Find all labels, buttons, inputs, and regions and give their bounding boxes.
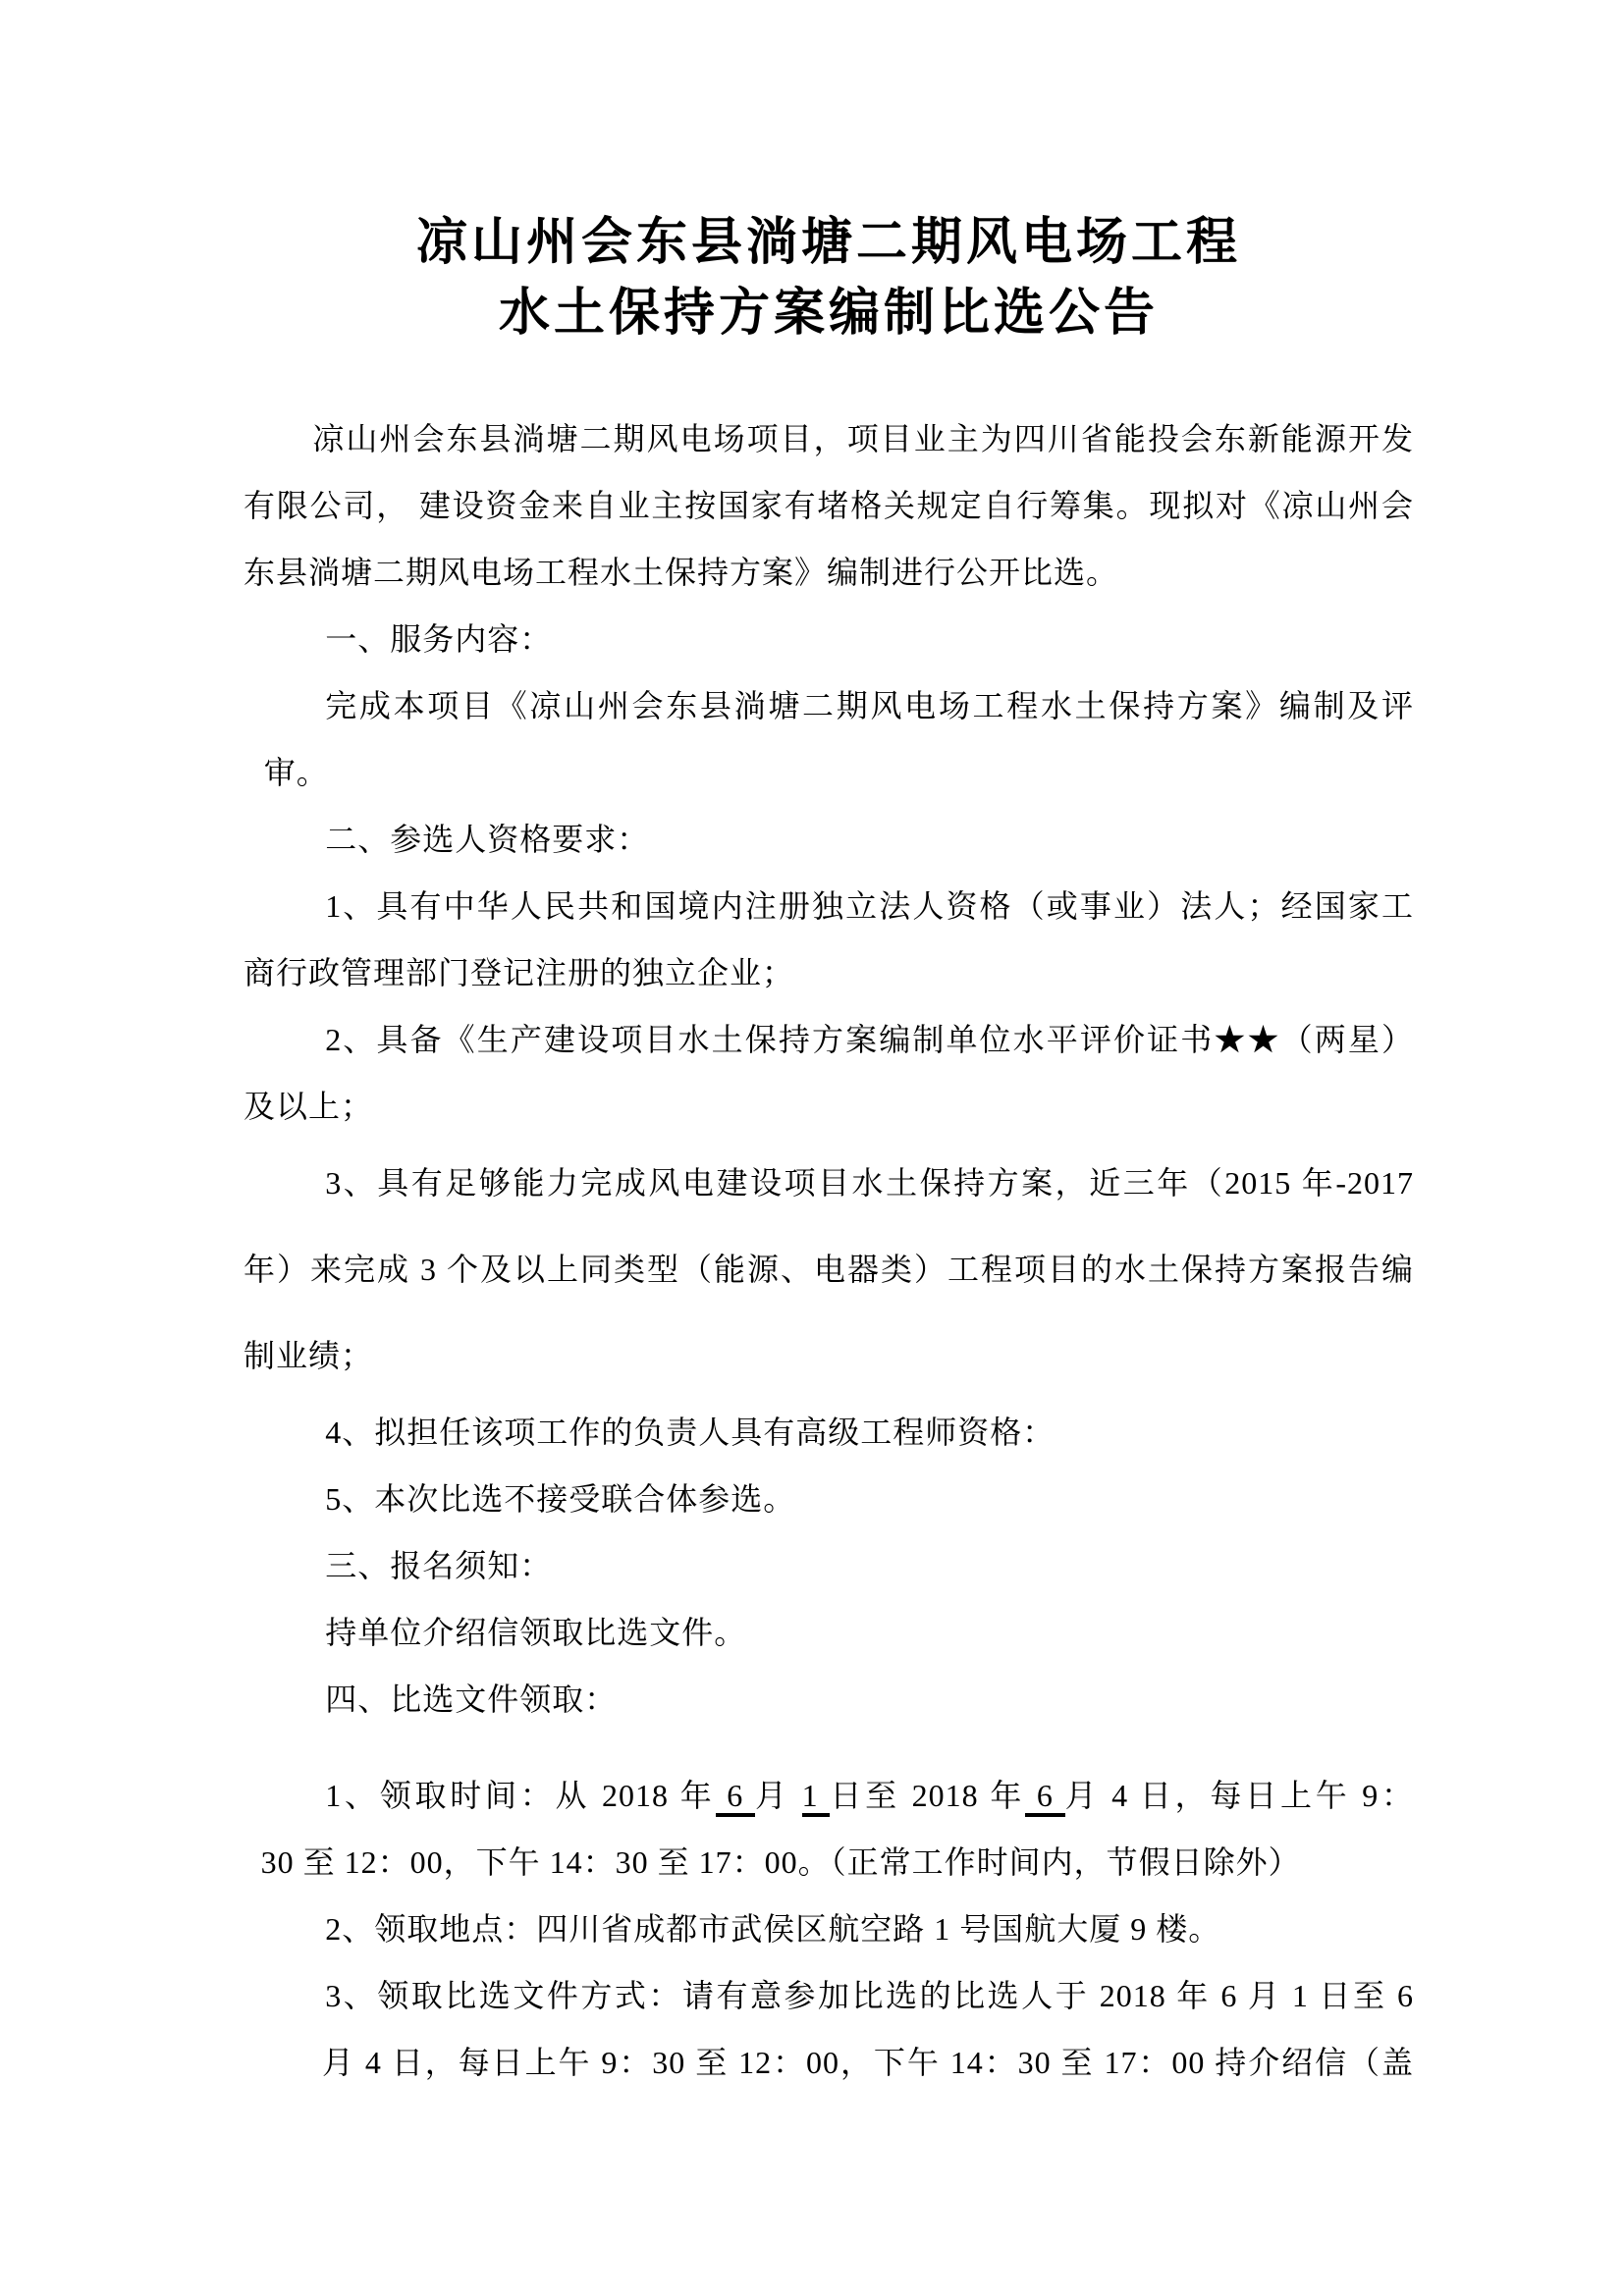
section2-item4: 4、拟担任该项工作的负责人具有高级工程师资格： — [244, 1399, 1414, 1466]
title-line-1: 凉山州会东县淌塘二期风电场工程 — [244, 208, 1414, 279]
section4-item1-line-2: 30 至 12：00，下午 14：30 至 17：00。（正常工作时间内，节假日… — [244, 1829, 1414, 1896]
section4-item3-line-2: 月 4 日，每日上午 9：30 至 12：00，下午 14：30 至 17：00… — [244, 2029, 1414, 2096]
section2-item1-line-1: 1、具有中华人民共和国境内注册独立法人资格（或事业）法人；经国家工 — [244, 873, 1414, 939]
document-content: 凉山州会东县淌塘二期风电场工程 水土保持方案编制比选公告 凉山州会东县淌塘二期风… — [244, 208, 1414, 2096]
section4-heading: 四、比选文件领取： — [244, 1666, 1414, 1733]
section2-item3-line-3: 制业绩； — [244, 1312, 1414, 1399]
section1-heading: 一、服务内容： — [244, 606, 1414, 672]
item1-seg-3: 月 — [755, 1778, 802, 1813]
intro-line-2: 有限公司， 建设资金来自业主按国家有堵格关规定自行筹集。现拟对《凉山州会 — [244, 472, 1414, 539]
section4-item1-line-1: 1、领取时间：从 2018 年 6 月 1 日至 2018 年 6 月 4 日，… — [244, 1762, 1414, 1829]
section2-item2-line-2: 及以上； — [244, 1073, 1414, 1140]
section2-item3-line-2: 年）来完成 3 个及以上同类型（能源、电器类）工程项目的水土保持方案报告编 — [244, 1226, 1414, 1312]
section2-item5: 5、本次比选不接受联合体参选。 — [244, 1466, 1414, 1532]
item1-seg-1: 1、领取时间：从 2018 年 — [325, 1778, 715, 1813]
section3-heading: 三、报名须知： — [244, 1532, 1414, 1599]
item1-underlined-day-1: 1 — [802, 1778, 831, 1817]
section4-item2: 2、领取地点：四川省成都市武侯区航空路 1 号国航大厦 9 楼。 — [244, 1896, 1414, 1962]
section2-item3-line-1: 3、具有足够能力完成风电建设项目水土保持方案，近三年（2015 年-2017 — [244, 1140, 1414, 1226]
item1-underlined-month-1: 6 — [716, 1778, 756, 1817]
section4-item3-line-1: 3、领取比选文件方式：请有意参加比选的比选人于 2018 年 6 月 1 日至 … — [244, 1962, 1414, 2029]
intro-line-1: 凉山州会东县淌塘二期风电场项目，项目业主为四川省能投会东新能源开发 — [244, 405, 1414, 472]
section2-item2-line-1: 2、具备《生产建设项目水土保持方案编制单位水平评价证书★★（两星） — [244, 1006, 1414, 1073]
section1-body-line-1: 完成本项目《凉山州会东县淌塘二期风电场工程水土保持方案》编制及评 — [244, 672, 1414, 739]
intro-line-3: 东县淌塘二期风电场工程水土保持方案》编制进行公开比选。 — [244, 539, 1414, 606]
item1-seg-7: 月 4 日，每日上午 9： — [1065, 1778, 1414, 1813]
section3-body: 持单位介绍信领取比选文件。 — [244, 1599, 1414, 1666]
item1-seg-5: 日至 2018 年 — [830, 1778, 1025, 1813]
document-page: 凉山州会东县淌塘二期风电场工程 水土保持方案编制比选公告 凉山州会东县淌塘二期风… — [0, 0, 1624, 2296]
section2-heading: 二、参选人资格要求： — [244, 806, 1414, 873]
section1-body-line-2: 审。 — [244, 739, 1414, 806]
section2-item1-line-2: 商行政管理部门登记注册的独立企业； — [244, 939, 1414, 1006]
item1-underlined-month-2: 6 — [1025, 1778, 1065, 1817]
title-line-2: 水土保持方案编制比选公告 — [244, 279, 1414, 349]
